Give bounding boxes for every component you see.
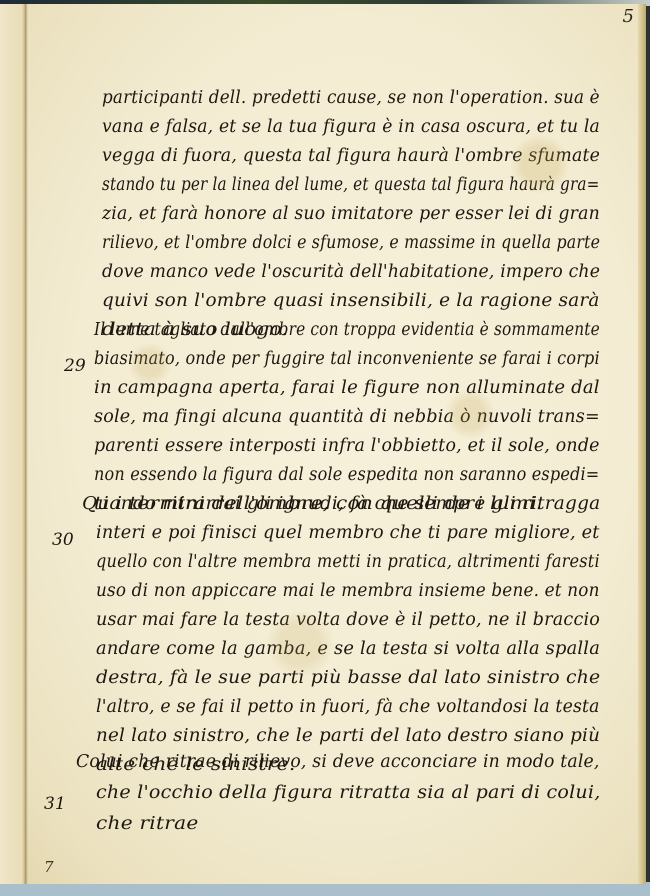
text-line: uso di non appiccare mai le membra insie… [96,581,600,601]
scanner-background-bottom [0,882,650,896]
text-line: Colui che ritrae di rilievo, si deve acc… [76,752,600,772]
text-line: quivi son l'ombre quasi insensibili, e l… [102,291,600,311]
folio-number: 5 [623,6,634,27]
bottom-mark: 7 [44,858,54,876]
text-line: rilievo, et l'ombre dolci e sfumose, e m… [102,233,600,253]
margin-number: 30 [52,530,74,550]
text-line: vana e falsa, et se la tua figura è in c… [102,117,600,137]
text-line: usar mai fare la testa volta dove è il p… [96,610,600,630]
margin-number: 31 [44,794,66,814]
text-line: che l'occhio della figura ritratta sia a… [96,783,601,803]
text-line: nel lato sinistro, che le parti del lato… [96,726,600,746]
text-line: andare come la gamba, e se la testa si v… [96,639,600,659]
page-edge [638,4,646,884]
text-line: non essendo la figura dal sole espedita … [94,465,599,485]
text-line: biasimato, onde per fuggire tal inconven… [94,349,600,369]
text-line: stando tu per la linea del lume, et ques… [102,175,600,195]
margin-number: 29 [64,356,86,376]
text-line: l'altro, e se fai il petto in fuori, fà … [96,697,600,717]
text-line: vegga di fuora, questa tal figura haurà … [102,146,600,166]
text-line: destra, fà le sue parti più basse dal la… [96,668,600,688]
text-line: participanti dell. predetti cause, se no… [102,88,600,108]
text-line: che ritrae [96,814,199,834]
text-line: zia, et farà honore al suo imitatore per… [102,204,600,224]
text-line: dove manco vede l'oscurità dell'habitati… [102,262,600,282]
text-line: in campagna aperta, farai le figure non … [94,378,600,398]
text-line: Il lume tagliato dall'ombre con troppa e… [94,320,600,340]
text-line: quello con l'altre membra metti in prati… [96,552,600,572]
text-line: sole, ma fingi alcuna quantità di nebbia… [94,407,600,427]
text-line: interi e poi finisci quel membro che ti … [96,523,600,543]
facing-page-edge [0,4,24,884]
text-line: Quando ritrarrai gli ignudi, fà che semp… [82,494,600,514]
manuscript-page: 5 7 participanti dell. predetti cause, s… [0,4,646,884]
binding-gutter [22,4,28,884]
text-line: parenti essere interposti infra l'obbiet… [94,436,600,456]
